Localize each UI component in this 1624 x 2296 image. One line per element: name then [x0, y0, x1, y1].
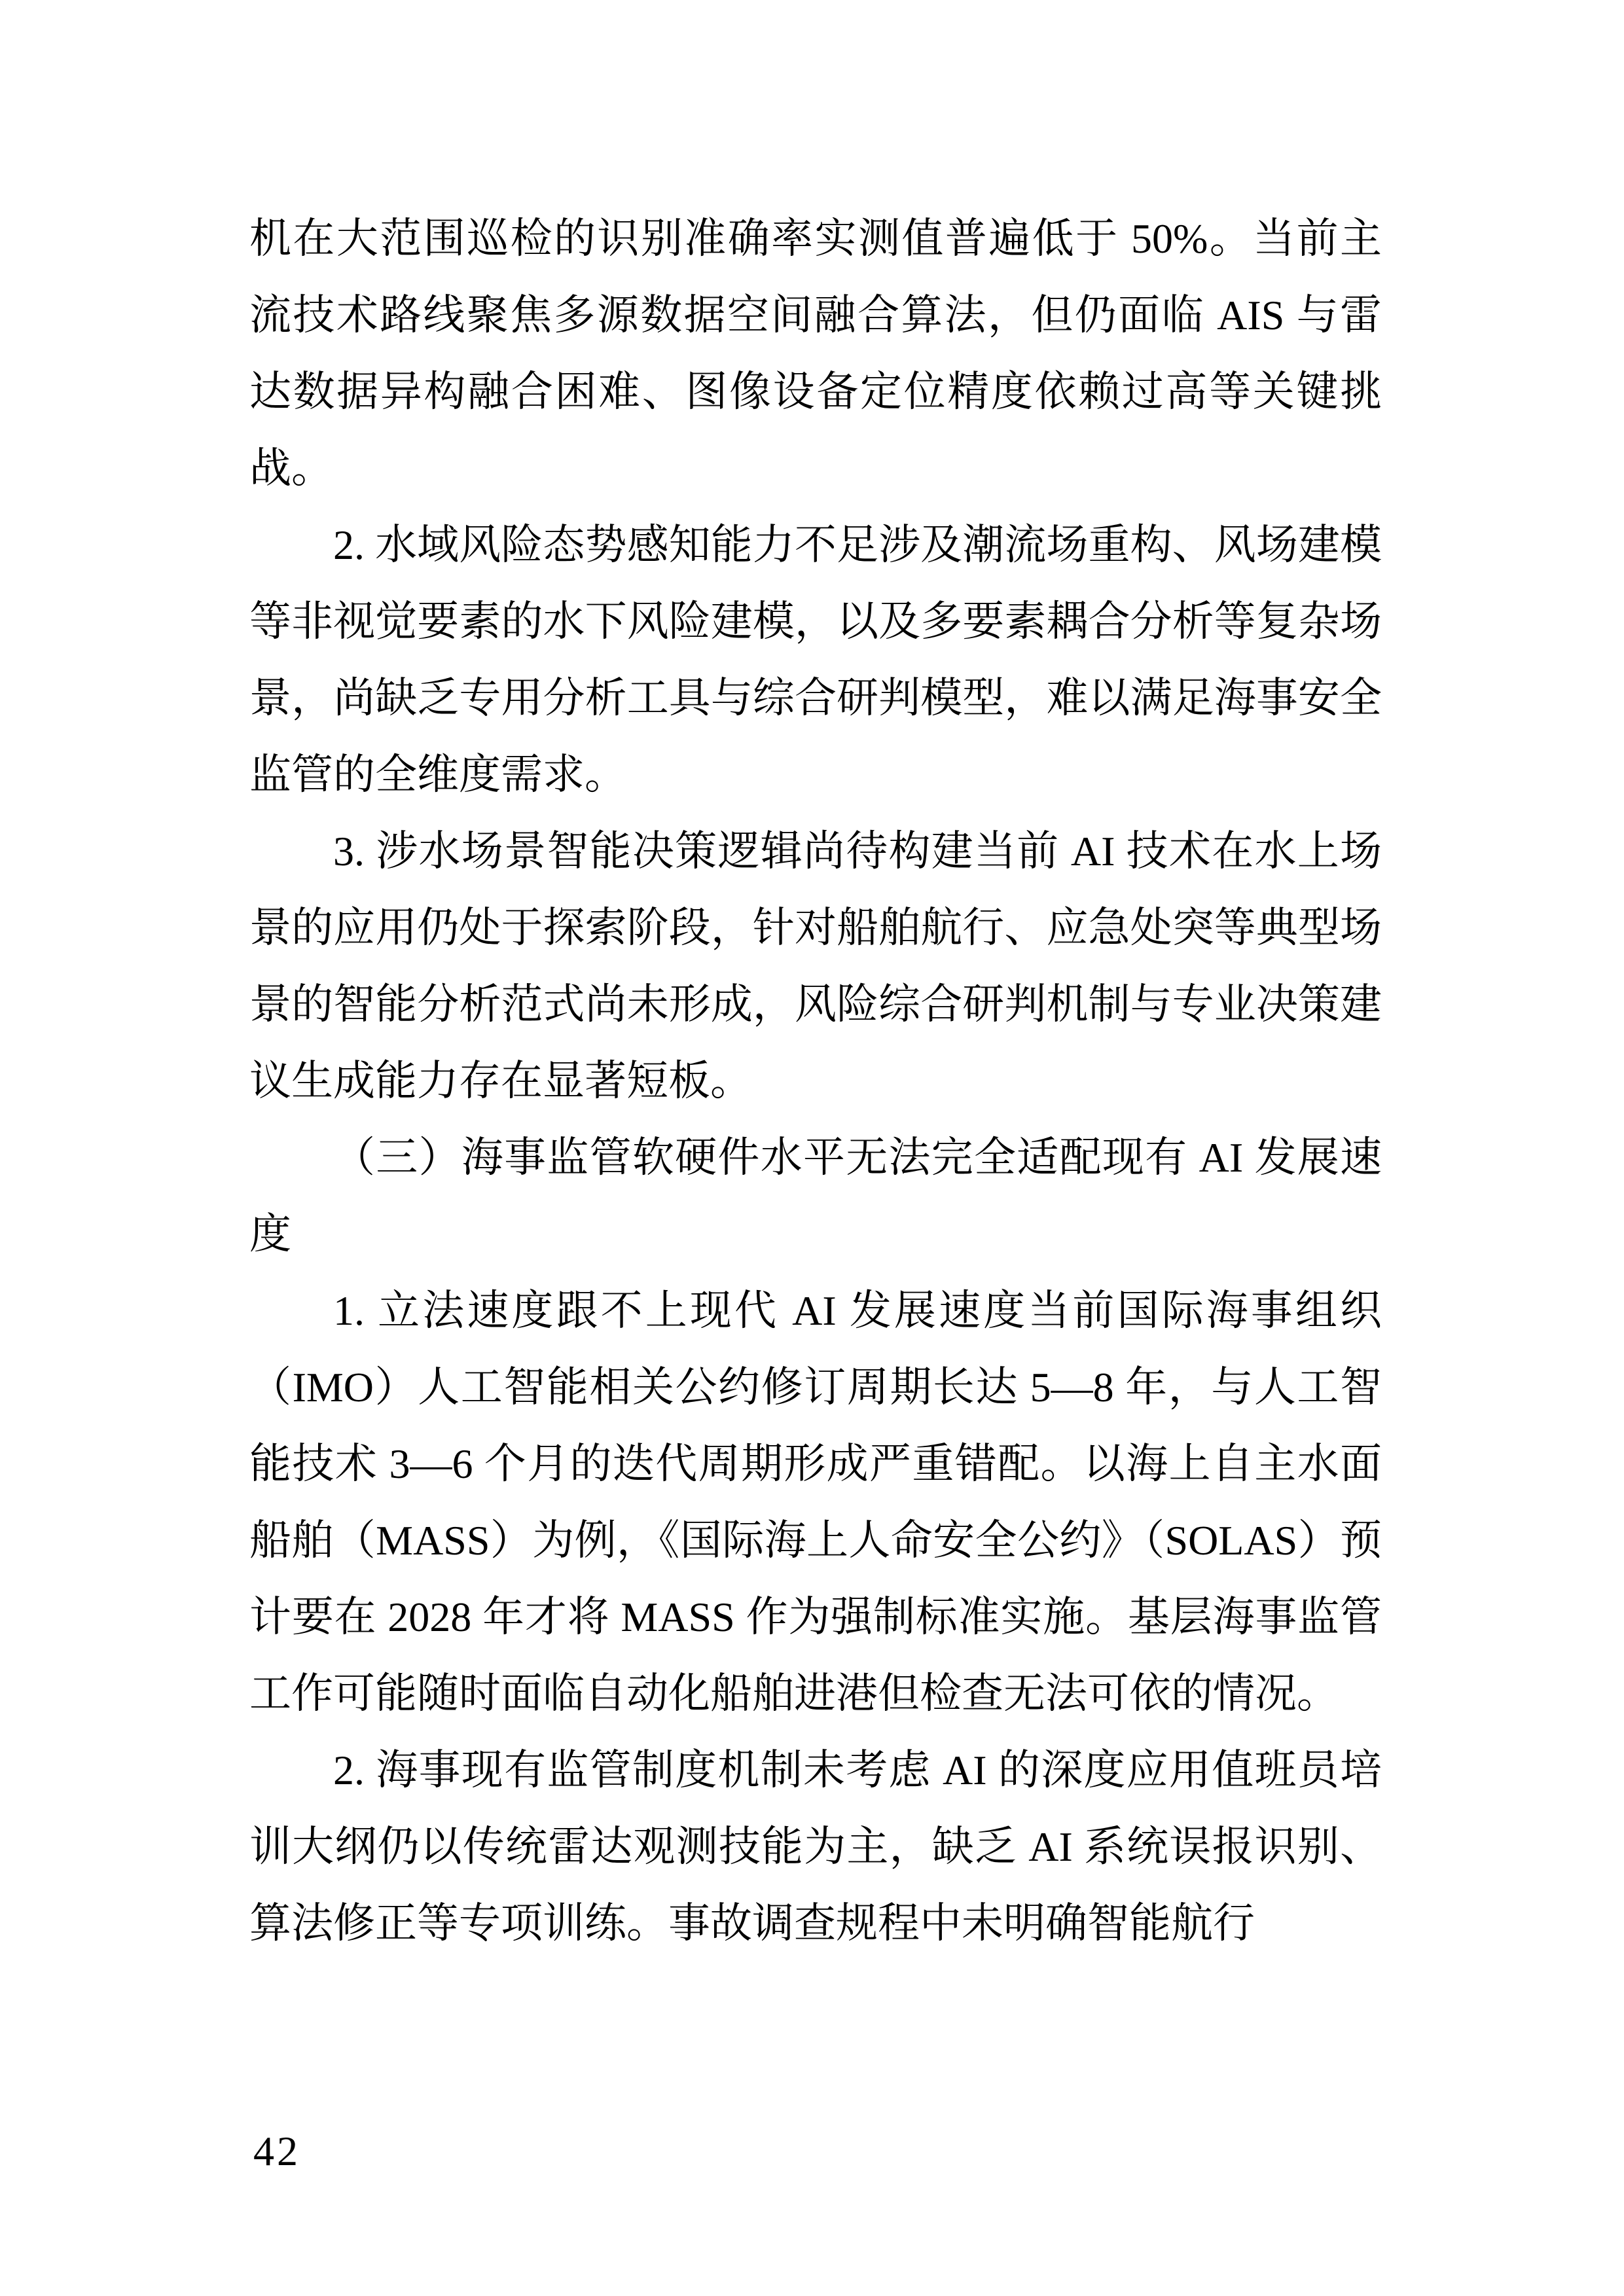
- document-body: 机在大范围巡检的识别准确率实测值普遍低于 50%。当前主流技术路线聚焦多源数据空…: [249, 200, 1382, 1962]
- paragraph-item-1-legislation: 1. 立法速度跟不上现代 AI 发展速度当前国际海事组织（IMO）人工智能相关公…: [249, 1272, 1382, 1732]
- heading-section-three: （三）海事监管软硬件水平无法完全适配现有 AI 发展速度: [249, 1119, 1382, 1272]
- paragraph-item-3-decision-logic: 3. 涉水场景智能决策逻辑尚待构建当前 AI 技术在水上场景的应用仍处于探索阶段…: [249, 813, 1382, 1119]
- page-number: 42: [253, 2126, 300, 2177]
- paragraph-item-2-regulation-mechanism: 2. 海事现有监管制度机制未考虑 AI 的深度应用值班员培训大纲仍以传统雷达观测…: [249, 1732, 1382, 1962]
- document-page: 机在大范围巡检的识别准确率实测值普遍低于 50%。当前主流技术路线聚焦多源数据空…: [0, 0, 1624, 2296]
- paragraph-continuation: 机在大范围巡检的识别准确率实测值普遍低于 50%。当前主流技术路线聚焦多源数据空…: [249, 200, 1382, 507]
- paragraph-item-2-risk-awareness: 2. 水域风险态势感知能力不足涉及潮流场重构、风场建模等非视觉要素的水下风险建模…: [249, 507, 1382, 813]
